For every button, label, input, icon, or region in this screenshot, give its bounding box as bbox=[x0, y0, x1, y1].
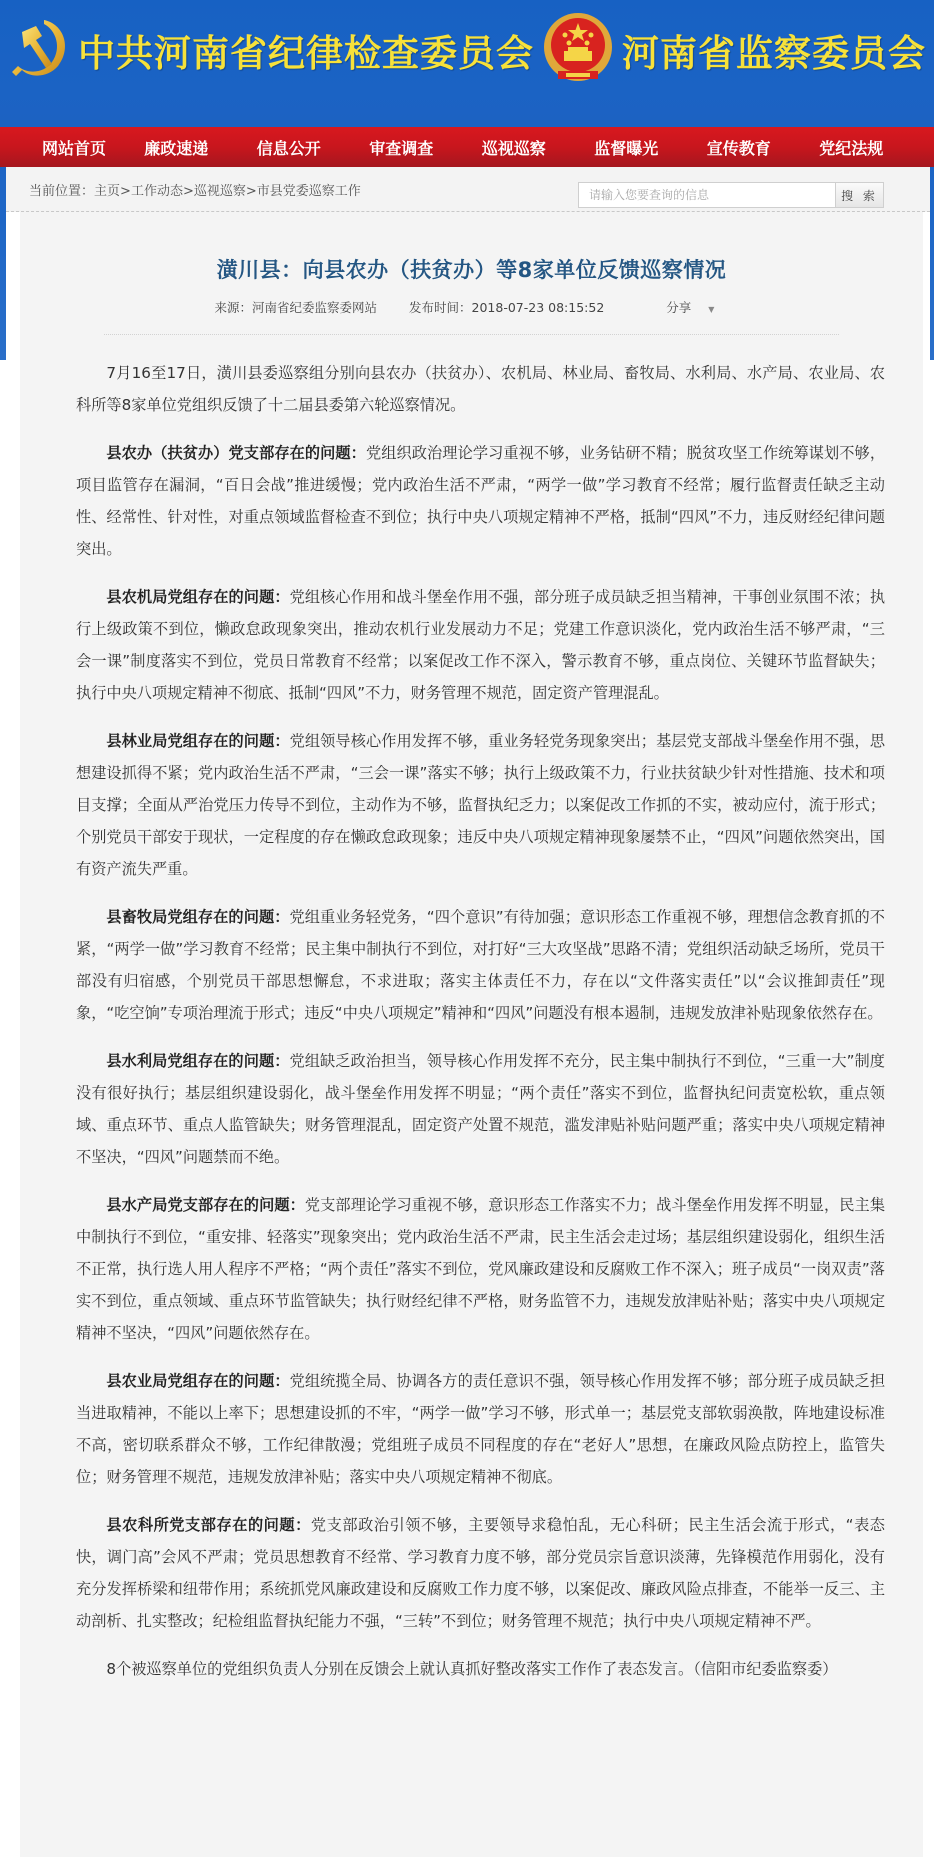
header-banner: 中共河南省纪律检查委员会 河南省监察委员会 bbox=[8, 10, 926, 90]
share-label: 分享 bbox=[666, 300, 691, 315]
main-nav: 网站首页 廉政速递 信息公开 审查调查 巡视巡察 监督曝光 宣传教育 党纪法规 bbox=[0, 127, 934, 167]
search-form: 搜 索 bbox=[578, 182, 884, 208]
breadcrumb-inspection[interactable]: 巡视巡察 bbox=[194, 184, 246, 199]
nav-item-investigation[interactable]: 审查调查 bbox=[345, 136, 458, 159]
breadcrumb-current[interactable]: 市县党委巡察工作 bbox=[257, 184, 361, 199]
paragraph-lead: 县农业局党组存在的问题： bbox=[106, 1372, 289, 1390]
site-header: 中共河南省纪律检查委员会 河南省监察委员会 bbox=[0, 0, 934, 127]
article-paragraph: 8个被巡察单位的党组织负责人分别在反馈会上就认真抓好整改落实工作作了表态发言。（… bbox=[76, 1653, 885, 1685]
article-paragraph: 县农机局党组存在的问题：党组核心作用和战斗堡垒作用不强，部分班子成员缺乏担当精神… bbox=[76, 581, 885, 709]
header-title-right: 河南省监察委员会 bbox=[622, 23, 926, 77]
article-paragraph: 县水产局党支部存在的问题：党支部理论学习重视不够，意识形态工作落实不力；战斗堡垒… bbox=[76, 1189, 885, 1349]
nav-item-home[interactable]: 网站首页 bbox=[30, 136, 120, 159]
header-title-left: 中共河南省纪律检查委员会 bbox=[78, 23, 534, 77]
national-emblem-icon bbox=[538, 9, 618, 91]
nav-item-regulations[interactable]: 党纪法规 bbox=[795, 136, 908, 159]
breadcrumb: 当前位置：主页>工作动态>巡视巡察>市县党委巡察工作 bbox=[29, 180, 361, 199]
share-dropdown[interactable]: 分享▼ bbox=[652, 300, 728, 315]
breadcrumb-prefix: 当前位置： bbox=[29, 184, 94, 199]
search-input[interactable] bbox=[578, 182, 836, 208]
breadcrumb-separator: > bbox=[246, 184, 257, 199]
article-source: 来源：河南省纪委监察委网站 bbox=[215, 300, 378, 315]
paragraph-text: 8个被巡察单位的党组织负责人分别在反馈会上就认真抓好整改落实工作作了表态发言。（… bbox=[106, 1660, 837, 1678]
article-title: 潢川县：向县农办（扶贫办）等8家单位反馈巡察情况 bbox=[20, 212, 923, 284]
breadcrumb-home[interactable]: 主页 bbox=[94, 184, 120, 199]
caret-down-icon: ▼ bbox=[708, 305, 714, 314]
breadcrumb-work-news[interactable]: 工作动态 bbox=[131, 184, 183, 199]
paragraph-lead: 县水产局党支部存在的问题： bbox=[106, 1196, 305, 1214]
paragraph-text: 党组领导核心作用发挥不够，重业务轻党务现象突出；基层党支部战斗堡垒作用不强，思想… bbox=[76, 732, 885, 878]
nav-item-exposure[interactable]: 监督曝光 bbox=[570, 136, 683, 159]
article-published-time: 发布时间：2018-07-23 08:15:52 bbox=[409, 300, 604, 315]
main-container: 当前位置：主页>工作动态>巡视巡察>市县党委巡察工作 搜 索 潢川县：向县农办（… bbox=[6, 167, 930, 1857]
breadcrumb-bar: 当前位置：主页>工作动态>巡视巡察>市县党委巡察工作 搜 索 bbox=[6, 167, 930, 212]
article-body: 7月16至17日，潢川县委巡察组分别向县农办（扶贫办）、农机局、林业局、畜牧局、… bbox=[20, 335, 923, 1685]
paragraph-lead: 县农科所党支部存在的问题： bbox=[106, 1516, 310, 1534]
article-paragraph: 县畜牧局党组存在的问题：党组重业务轻党务，“四个意识”有待加强；意识形态工作重视… bbox=[76, 901, 885, 1029]
article-paragraph: 县林业局党组存在的问题：党组领导核心作用发挥不够，重业务轻党务现象突出；基层党支… bbox=[76, 725, 885, 885]
breadcrumb-separator: > bbox=[183, 184, 194, 199]
paragraph-text: 7月16至17日，潢川县委巡察组分别向县农办（扶贫办）、农机局、林业局、畜牧局、… bbox=[76, 364, 885, 414]
article-panel: 潢川县：向县农办（扶贫办）等8家单位反馈巡察情况 来源：河南省纪委监察委网站 发… bbox=[20, 212, 923, 1857]
paragraph-text: 党支部理论学习重视不够，意识形态工作落实不力；战斗堡垒作用发挥不明显，民主集中制… bbox=[76, 1196, 885, 1342]
paragraph-lead: 县水利局党组存在的问题： bbox=[106, 1052, 289, 1070]
party-emblem-icon bbox=[8, 14, 72, 86]
article-paragraph: 县水利局党组存在的问题：党组缺乏政治担当，领导核心作用发挥不充分，民主集中制执行… bbox=[76, 1045, 885, 1173]
paragraph-lead: 县农办（扶贫办）党支部存在的问题： bbox=[106, 444, 366, 462]
nav-item-inspection[interactable]: 巡视巡察 bbox=[458, 136, 571, 159]
search-button[interactable]: 搜 索 bbox=[836, 182, 884, 208]
nav-item-education[interactable]: 宣传教育 bbox=[683, 136, 796, 159]
article-meta: 来源：河南省纪委监察委网站 发布时间：2018-07-23 08:15:52 分… bbox=[20, 298, 923, 316]
nav-item-integrity-news[interactable]: 廉政速递 bbox=[120, 136, 233, 159]
breadcrumb-separator: > bbox=[120, 184, 131, 199]
nav-item-info-disclosure[interactable]: 信息公开 bbox=[233, 136, 346, 159]
article-paragraph: 县农业局党组存在的问题：党组统揽全局、协调各方的责任意识不强，领导核心作用发挥不… bbox=[76, 1365, 885, 1493]
article-paragraph: 县农科所党支部存在的问题：党支部政治引领不够，主要领导求稳怕乱，无心科研；民主生… bbox=[76, 1509, 885, 1637]
paragraph-lead: 县农机局党组存在的问题： bbox=[106, 588, 289, 606]
paragraph-lead: 县畜牧局党组存在的问题： bbox=[106, 908, 289, 926]
article-paragraph: 7月16至17日，潢川县委巡察组分别向县农办（扶贫办）、农机局、林业局、畜牧局、… bbox=[76, 357, 885, 421]
paragraph-lead: 县林业局党组存在的问题： bbox=[106, 732, 289, 750]
article-paragraph: 县农办（扶贫办）党支部存在的问题：党组织政治理论学习重视不够，业务钻研不精；脱贫… bbox=[76, 437, 885, 565]
